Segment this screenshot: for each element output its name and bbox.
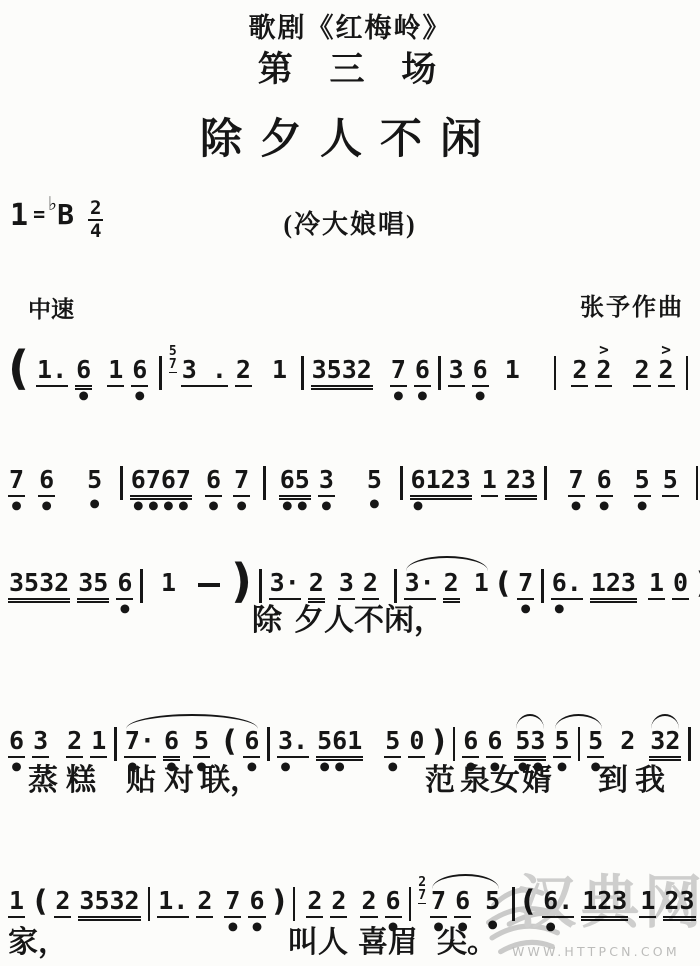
scene-heading: 第 三 场: [0, 42, 700, 92]
note: 2: [633, 343, 650, 403]
note-number: 5: [587, 728, 604, 758]
opera-series-title: 歌剧《红梅岭》: [0, 6, 700, 45]
note: 7•: [390, 343, 407, 403]
barline: [114, 714, 117, 761]
note-number: 23: [505, 467, 537, 497]
open-paren: (: [497, 568, 510, 598]
note: 123: [581, 874, 628, 934]
note: 1: [8, 874, 25, 934]
watermark-url: WWW.HTTPCN.COM: [512, 944, 680, 959]
lyric: 联，: [200, 764, 260, 797]
barline: [696, 453, 699, 500]
note-number: 2: [595, 357, 612, 387]
duration-dash: [198, 556, 220, 587]
note: 1: [504, 343, 521, 401]
note-number: 2: [235, 357, 252, 387]
note-number: 6: [116, 570, 133, 600]
lyric-row: 蒸糕贴对联，范泉女婿到我: [8, 764, 665, 797]
note: 7•: [233, 453, 250, 513]
note: 2: [196, 874, 213, 934]
lyric-row: 家，叫人喜眉尖。: [8, 926, 497, 959]
note-number: 3: [318, 467, 335, 497]
note: 6•: [472, 343, 489, 403]
barline: [438, 343, 441, 390]
note: 1: [107, 343, 124, 403]
note: 6•: [414, 343, 431, 403]
lyric: 尖。: [437, 926, 497, 959]
octave-space: [505, 503, 507, 513]
note-number: 2: [633, 357, 650, 387]
music-row: (1.6•16•573 .2135327•6•36•12>22>2: [8, 343, 688, 403]
note-number: 2: [658, 357, 675, 387]
note: 6•: [75, 343, 92, 403]
octave-dots: •: [390, 393, 407, 403]
note-number: 0: [672, 570, 689, 600]
note-number: 6: [472, 357, 489, 387]
barline: [259, 556, 262, 603]
octave-dots: •: [86, 501, 103, 511]
note-number: 6767: [130, 467, 192, 497]
note-number: 6: [38, 467, 55, 497]
note-number: 7: [224, 888, 241, 918]
lyric: 闲，: [384, 604, 444, 637]
octave-dots: •: [366, 501, 383, 511]
note-number: 5: [662, 467, 679, 497]
note: 1: [481, 453, 498, 513]
octave-space: [181, 393, 183, 403]
note-number: 1: [648, 570, 665, 600]
note: 5: [662, 453, 679, 513]
octave-space: [448, 393, 450, 403]
note: 2: [330, 874, 347, 934]
lyric: 婿: [522, 764, 552, 797]
barline: [453, 714, 456, 761]
note-number: 2: [362, 570, 379, 600]
octave-space: [36, 393, 38, 403]
note-number: 35: [77, 570, 109, 600]
lyric: 除: [252, 604, 282, 637]
lyric-row: 除夕人不闲，: [8, 604, 444, 637]
note-number: 3·: [404, 570, 436, 600]
octave-space: [672, 606, 674, 616]
singer-label: (冷大娘唱): [0, 204, 700, 241]
note-number: 6: [385, 888, 402, 918]
note: 6•: [205, 453, 222, 513]
note: 7•: [224, 874, 241, 934]
note-number: 1.: [36, 357, 68, 387]
composer-credit: 张予作曲: [580, 287, 684, 322]
grace-notes: 27: [418, 877, 426, 904]
tempo-marking: 中速: [28, 291, 74, 324]
note-number: 5: [366, 467, 383, 495]
music-row: 7•6•5•6767••••6•7•65••3•5•6123• 1237•6•5…: [8, 453, 698, 513]
note: 1.: [36, 343, 68, 403]
octave-space: [504, 391, 506, 401]
note: 6•: [248, 874, 265, 934]
lyric: 夕: [294, 604, 324, 637]
song-title: 除夕人不闲: [0, 106, 700, 166]
note-number: 7: [568, 467, 585, 497]
octave-dots: •: [568, 503, 585, 513]
octave-dots: •: [410, 503, 472, 513]
note: 2: [360, 874, 377, 934]
barline: [267, 714, 270, 761]
note-number: 7: [517, 570, 534, 600]
note-number: 6: [205, 467, 222, 497]
octave-dots: •: [551, 606, 583, 616]
note: 7•: [8, 453, 25, 513]
note-number: 6: [414, 357, 431, 387]
octave-dots: ••••: [130, 503, 192, 513]
note-number: 2: [571, 357, 588, 387]
octave-dots: •: [472, 393, 489, 403]
note-number: 6: [243, 728, 260, 758]
octave-dots: •: [542, 924, 574, 934]
note-number: 32: [649, 728, 681, 758]
octave-dots: •: [634, 503, 651, 513]
lyric: 眉: [388, 926, 418, 959]
note-number: 2: [330, 888, 347, 918]
music-row: 1(235321.27•6•)2226•277•6•5•(6.• 123123: [8, 874, 700, 934]
octave-dots: •: [75, 393, 92, 403]
note: 1.: [157, 874, 189, 934]
octave-space: [271, 391, 273, 401]
note: 6•: [385, 874, 402, 934]
lyric: 不: [354, 604, 384, 637]
note-number: 561: [316, 728, 363, 758]
note-number: 1: [504, 357, 521, 385]
barline: [554, 343, 557, 390]
note-number: 1: [481, 467, 498, 497]
note-number: 2: [196, 888, 213, 918]
octave-dots: •: [38, 503, 55, 513]
octave-dots: •: [233, 503, 250, 513]
note: 2: [54, 874, 71, 934]
octave-dots: •: [8, 503, 25, 513]
note-number: 5: [384, 728, 401, 758]
note-number: 7: [8, 467, 25, 497]
note-number: 2: [306, 888, 323, 918]
note-number: 5: [86, 467, 103, 495]
note-number: 6123: [410, 467, 472, 497]
note-number: 7: [233, 467, 250, 497]
octave-space: [648, 606, 650, 616]
lyric: 人: [324, 604, 354, 637]
lyric: 叫: [288, 926, 318, 959]
note-number: 123: [590, 570, 637, 600]
lyric: 女: [490, 764, 520, 797]
note-number: 53: [514, 728, 546, 758]
note-number: 1: [107, 357, 124, 387]
note-number: 6: [462, 728, 479, 758]
note: 7•: [517, 556, 534, 616]
note-number: 2: [360, 888, 377, 918]
note: 6.•: [551, 556, 583, 616]
note: 23: [663, 874, 695, 934]
note-number: 3: [338, 570, 355, 600]
note: 1: [271, 343, 288, 401]
barline: [301, 343, 304, 390]
note-number: 2: [619, 728, 636, 756]
close-paren: ): [231, 557, 252, 605]
note-number: 2: [54, 888, 71, 918]
lyric: 泉: [460, 764, 490, 797]
note-number: 123: [581, 888, 628, 918]
octave-space: [581, 924, 583, 934]
note: 23: [505, 453, 537, 513]
note-number: 6: [486, 728, 503, 758]
octave-space: [481, 503, 483, 513]
octave-space: [658, 393, 660, 403]
octave-space: [595, 393, 597, 403]
barline: [544, 453, 547, 500]
note-number: 3532: [8, 570, 70, 600]
note-number: 5: [193, 728, 210, 758]
open-paren: (: [522, 886, 535, 916]
note-number: 65: [279, 467, 311, 497]
note-number: 1.: [157, 888, 189, 918]
lyric: 蒸: [28, 764, 58, 797]
octave-space: [662, 503, 664, 513]
note-number: 3: [32, 728, 49, 758]
open-paren: (: [223, 726, 236, 756]
lyric: 对: [164, 764, 194, 797]
octave-dots: •: [131, 393, 148, 403]
note-number: 7: [430, 888, 447, 918]
note: 3 .: [181, 343, 228, 403]
note: 6.•: [542, 874, 574, 934]
note-number: 23: [663, 888, 695, 918]
note: 1: [639, 874, 656, 934]
lyric: 到: [598, 764, 628, 797]
note: 3•: [318, 453, 335, 513]
note-number: 6: [596, 467, 613, 497]
octave-dots: •: [414, 393, 431, 403]
grace-notes: 57: [169, 346, 177, 373]
note-number: 2: [308, 570, 325, 600]
barline: [400, 453, 403, 500]
close-paren: ): [696, 568, 700, 598]
note-number: 7·: [124, 728, 156, 758]
barline: [263, 453, 266, 500]
note: 2: [571, 343, 588, 403]
note-number: 6: [75, 357, 92, 387]
note: >2: [595, 343, 612, 403]
octave-space: [590, 606, 592, 616]
note: 6•: [596, 453, 613, 513]
note-number: 6: [131, 357, 148, 387]
sheet-music-page: 歌剧《红梅岭》 第 三 场 除夕人不闲 1 = ♭ B 2 4 (冷大娘唱) 中…: [0, 0, 700, 966]
note-number: 0: [408, 728, 425, 758]
note: 6•: [131, 343, 148, 403]
barline: [148, 874, 151, 921]
close-paren: ): [273, 886, 286, 916]
lyric: 家，: [8, 926, 68, 959]
note-number: 3: [448, 357, 465, 387]
note-number: 6.: [551, 570, 583, 600]
note: 5•: [634, 453, 651, 513]
open-paren: (: [8, 344, 29, 392]
note-number: 6.: [542, 888, 574, 918]
octave-space: [473, 604, 475, 614]
lyric: 糕: [66, 764, 96, 797]
lyric: 范: [425, 764, 455, 797]
note-number: 2: [443, 570, 460, 600]
note: 6767••••: [130, 453, 192, 513]
grace-note-lower: 7: [418, 889, 426, 904]
note-number: 1: [90, 728, 107, 758]
octave-space: [311, 393, 313, 403]
open-paren: (: [34, 886, 47, 916]
note-number: 3532: [78, 888, 140, 918]
octave-dots: •: [205, 503, 222, 513]
lyric: 贴: [126, 764, 156, 797]
note-number: 3.: [277, 728, 309, 758]
lyric: 人: [318, 926, 348, 959]
note-number: 3·: [269, 570, 301, 600]
note: 0: [672, 556, 689, 616]
octave-space: [235, 393, 237, 403]
note-number: 5: [634, 467, 651, 497]
barline: [120, 453, 123, 500]
close-paren: ): [432, 726, 445, 756]
note: 5•: [86, 453, 103, 511]
barline: [140, 556, 143, 603]
note-number: 6: [454, 888, 471, 918]
note: 6123•: [410, 453, 472, 513]
lyric: 喜: [358, 926, 388, 959]
note-number: 5: [484, 888, 501, 916]
barline: [541, 556, 544, 603]
note-number: 7: [390, 357, 407, 387]
note-number: 3 .: [181, 357, 228, 387]
note-number: 1: [160, 570, 177, 598]
note: 1: [648, 556, 665, 616]
octave-dots: •: [517, 606, 534, 616]
note: 5•: [366, 453, 383, 511]
barline: [293, 874, 296, 921]
lyric: 我: [635, 764, 665, 797]
note: 3532: [78, 874, 140, 934]
note: 2: [306, 874, 323, 934]
octave-dots: •: [318, 503, 335, 513]
barline: [688, 714, 691, 761]
octave-space: [639, 924, 641, 934]
note-number: 3532: [311, 357, 373, 387]
barline: [159, 343, 162, 390]
note-number: 6: [248, 888, 265, 918]
barline: [409, 874, 412, 921]
note: 123: [590, 556, 637, 616]
note: 65••: [279, 453, 311, 513]
note: 3: [448, 343, 465, 403]
octave-dots: •: [596, 503, 613, 513]
octave-space: [633, 393, 635, 403]
octave-space: [663, 924, 665, 934]
note-number: 1: [473, 570, 490, 598]
barline: [686, 343, 689, 390]
note: 6•: [38, 453, 55, 513]
grace-note-lower: 7: [169, 358, 177, 373]
note-number: 1: [639, 888, 656, 918]
barline: [512, 874, 515, 921]
note-number: 6: [163, 728, 180, 758]
note-number: 5: [553, 728, 570, 758]
note: >2: [658, 343, 675, 403]
octave-space: [571, 393, 573, 403]
note-number: 1: [8, 888, 25, 918]
note: 7•: [568, 453, 585, 513]
note-number: 1: [271, 357, 288, 385]
note: 3532: [311, 343, 373, 403]
octave-dots: ••: [279, 503, 311, 513]
barline: [394, 556, 397, 603]
note-number: 6: [8, 728, 25, 758]
note: 2: [235, 343, 252, 403]
note-number: 2: [66, 728, 83, 758]
octave-space: [107, 393, 109, 403]
